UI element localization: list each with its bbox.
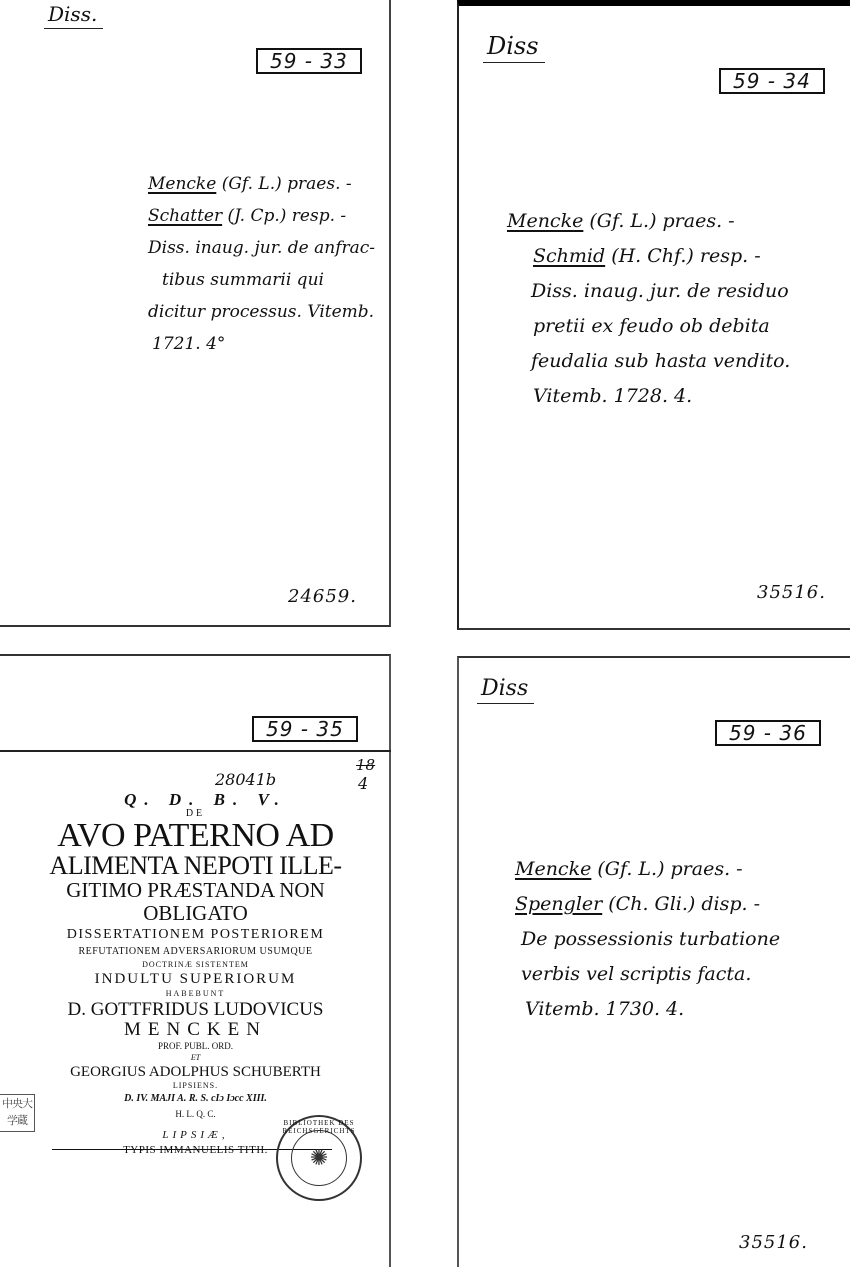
disputation-date: D. IV. MAJI A. R. S. cIɔ Iɔcc XIII. [0,1091,391,1107]
praeses-surname: MENCKEN [0,1020,391,1040]
card-heading: Diss [477,676,534,704]
catalog-card-59-36: Diss 59 - 36 Mencke (Gf. L.) praes. - Sp… [457,656,850,1267]
eagle-icon: ✺ [291,1130,347,1186]
entry-line: Mencke (Gf. L.) praes. - [507,204,790,239]
entry-line: pretii ex feudo ob debita [507,309,790,344]
invocation: Q. D. B. V. [0,790,391,810]
entry-line: Schmid (H. Chf.) resp. - [507,239,790,274]
title-line: AVO PATERNO AD [0,819,391,852]
entry-line: Diss. inaug. jur. de residuo [507,274,790,309]
et: ET [0,1052,391,1064]
catalog-entry: Mencke (Gf. L.) praes. - Spengler (Ch. G… [515,852,780,1027]
subtitle-line: DOCTRINÆ SISTENTEM [0,959,391,970]
entry-line: tibus summarii qui [148,264,375,296]
respondent-name: GEORGIUS ADOLPHUS SCHUBERTH [0,1064,391,1080]
call-number: 59 - 36 [715,720,821,746]
entry-line: Vitemb. 1728. 4. [507,379,790,414]
entry-line: verbis vel scriptis facta. [515,957,780,992]
card-heading: Diss. [44,2,103,29]
entry-line: De possessionis turbatione [515,922,780,957]
title-page: Q. D. B. V. DE AVO PATERNO AD ALIMENTA N… [0,752,391,1157]
respondent-origin: LIPSIENS. [0,1080,391,1091]
entry-line: dicitur processus. Vitemb. [148,296,375,328]
catalog-card-59-33: Diss. 59 - 33 Mencke (Gf. L.) praes. - S… [0,0,391,627]
subtitle-line: REFUTATIONEM ADVERSARIORUM USUMQUE [0,945,391,959]
call-number: 59 - 34 [719,68,825,94]
card-heading: Diss [483,32,545,63]
subtitle-line: INDULTU SUPERIORUM [0,970,391,988]
accession-number: 35516. [739,1232,808,1253]
title-line: ALIMENTA NEPOTI ILLE- [0,852,391,879]
subtitle-line: DISSERTATIONEM POSTERIOREM [0,925,391,945]
praeses-title: PROF. PUBL. ORD. [0,1040,391,1052]
entry-line: Mencke (Gf. L.) praes. - [515,852,780,887]
accession-number: 24659. [288,586,357,607]
title-line: OBLIGATO [0,901,391,925]
title-line: GITIMO PRÆSTANDA NON [0,879,391,901]
library-seal-stamp: BIBLIOTHEK DES REICHSGERICHTS ✺ [276,1115,362,1201]
call-number: 59 - 35 [252,716,358,742]
catalog-entry: Mencke (Gf. L.) praes. - Schatter (J. Cp… [148,168,375,360]
entry-line: Diss. inaug. jur. de anfrac- [148,232,375,264]
catalog-entry: Mencke (Gf. L.) praes. - Schmid (H. Chf.… [507,204,790,414]
accession-number: 35516. [757,582,826,603]
call-number: 59 - 33 [256,48,362,74]
entry-line: Schatter (J. Cp.) resp. - [148,200,375,232]
entry-line: 1721. 4° [148,328,375,360]
seal-text: BIBLIOTHEK DES REICHSGERICHTS [278,1119,360,1135]
entry-line: Mencke (Gf. L.) praes. - [148,168,375,200]
entry-line: Spengler (Ch. Gli.) disp. - [515,887,780,922]
praeses-name: D. GOTTFRIDUS LUDOVICUS [0,1000,391,1020]
japanese-library-stamp: 中央大学蔵 [0,1094,35,1132]
entry-line: Vitemb. 1730. 4. [515,992,780,1027]
catalog-card-59-34: Diss 59 - 34 Mencke (Gf. L.) praes. - Sc… [457,0,850,630]
entry-line: feudalia sub hasta vendito. [507,344,790,379]
